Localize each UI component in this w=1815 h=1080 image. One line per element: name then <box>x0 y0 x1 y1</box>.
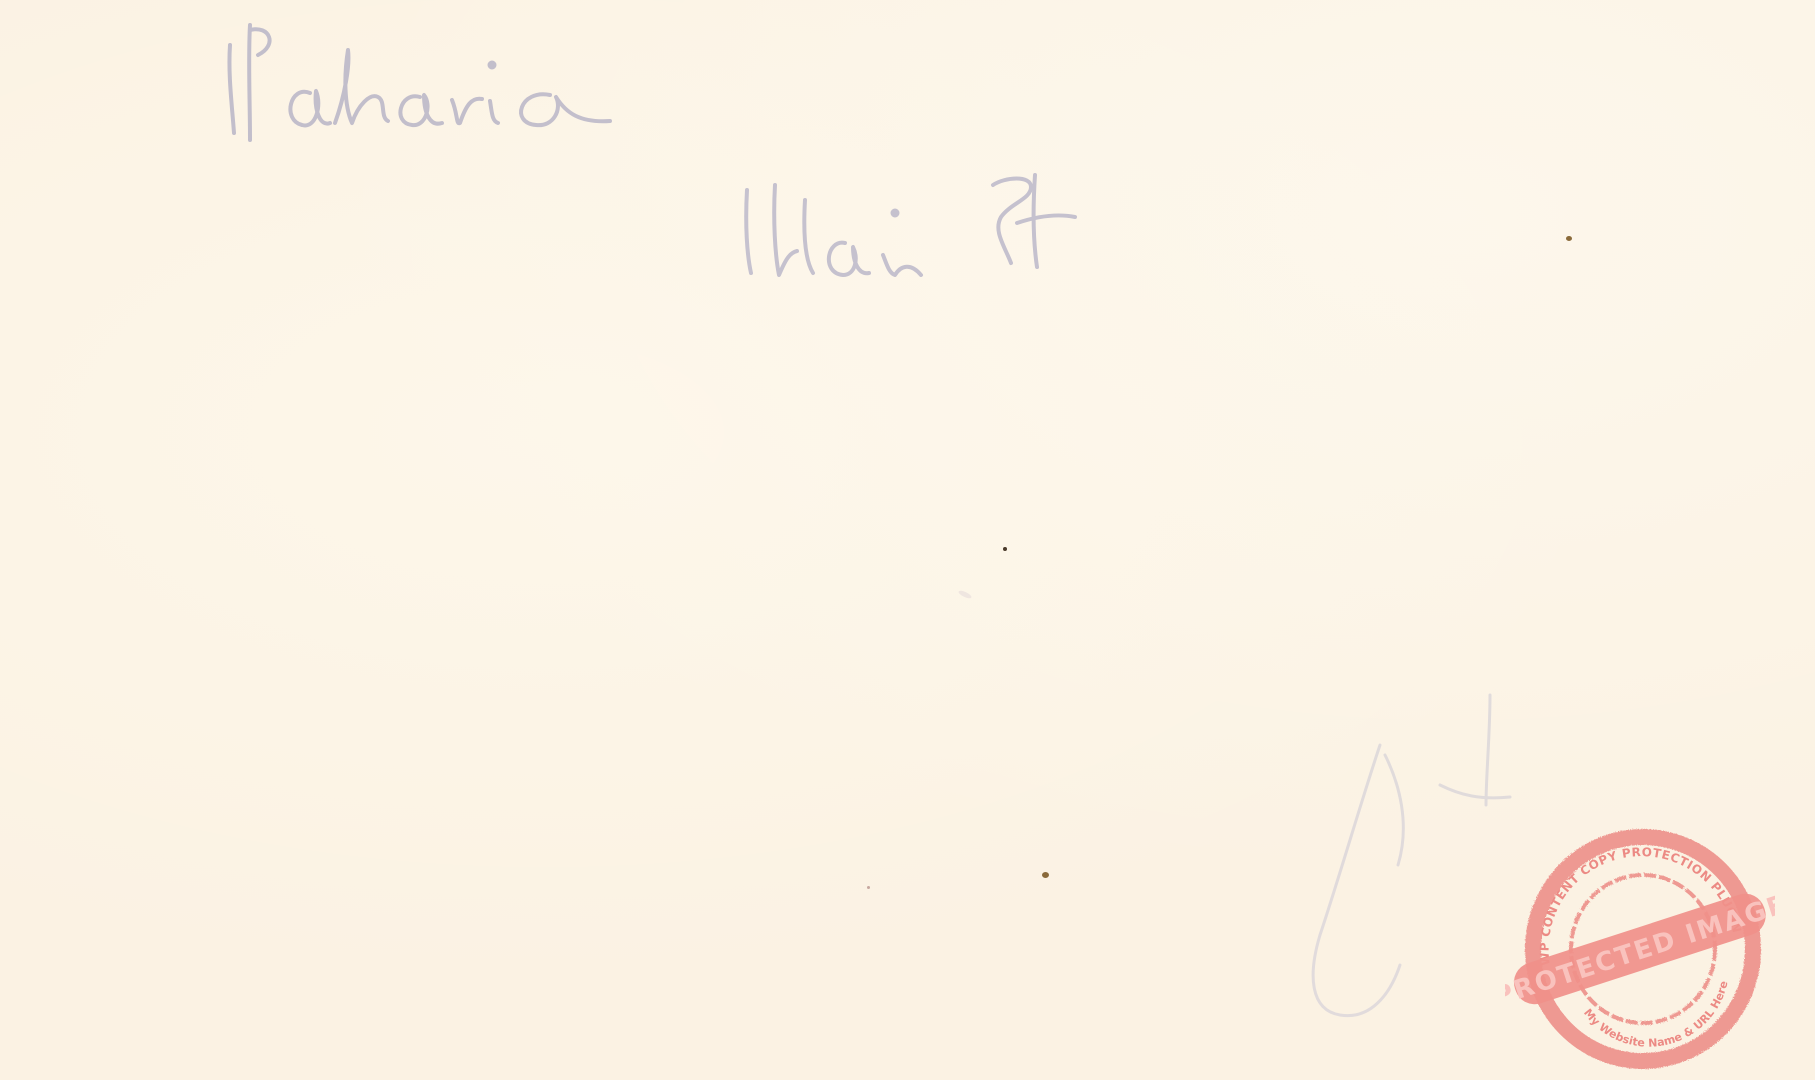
paper-speck <box>1566 236 1572 241</box>
protected-image-stamp: WP CONTENT COPY PROTECTION PLUGIN My Web… <box>1505 815 1775 1075</box>
handwritten-name: Valaria <box>220 5 640 150</box>
paper-speck <box>1003 547 1007 551</box>
paper-speck <box>1042 872 1049 878</box>
handwritten-date: Mai 37 <box>735 155 1095 290</box>
paper-speck <box>867 886 870 889</box>
